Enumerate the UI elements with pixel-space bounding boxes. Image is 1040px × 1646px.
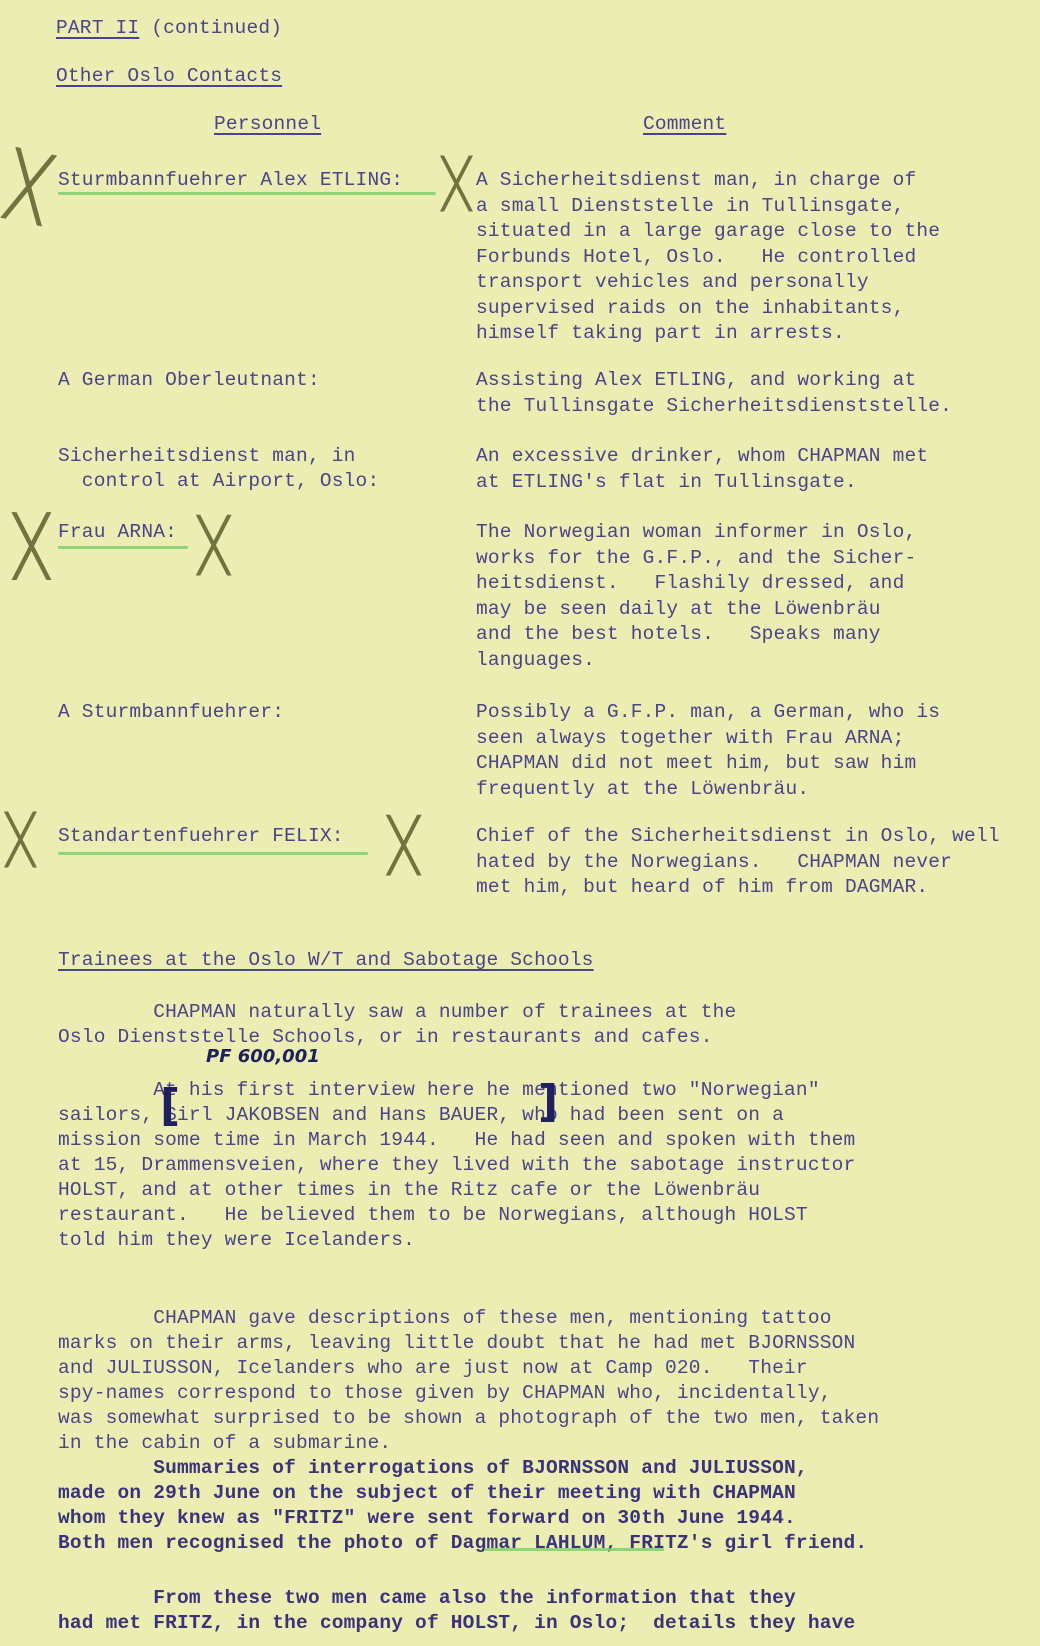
highlight-underline <box>58 852 368 855</box>
paragraph-line: spy-names correspond to those given by C… <box>58 1381 832 1406</box>
contact-name: Standartenfuehrer FELIX: <box>58 824 344 849</box>
paragraph-line: told him they were Icelanders. <box>58 1228 415 1253</box>
contact-comment-line: at ETLING's flat in Tullinsgate. <box>476 470 857 495</box>
section-title: Other Oslo Contacts <box>56 64 282 89</box>
trainees-title: Trainees at the Oslo W/T and Sabotage Sc… <box>58 948 594 973</box>
document-page: PART II (continued) Other Oslo Contacts … <box>0 0 1040 1646</box>
contact-comment-line: may be seen daily at the Löwenbräu <box>476 597 881 622</box>
part-suffix: (continued) <box>139 17 282 39</box>
pencil-tick-icon: ╳ <box>14 512 49 580</box>
contact-name: A Sturmbannfuehrer: <box>58 700 284 725</box>
contact-comment-line: Assisting Alex ETLING, and working at <box>476 368 916 393</box>
paragraph-line: Both men recognised the photo of Dagmar … <box>58 1531 867 1556</box>
paragraph-line: CHAPMAN naturally saw a number of traine… <box>58 1000 736 1025</box>
contact-comment-line: A Sicherheitsdienst man, in charge of <box>476 168 916 193</box>
paragraph-line: in the cabin of a submarine. <box>58 1431 391 1456</box>
paragraph-line: restaurant. He believed them to be Norwe… <box>58 1203 808 1228</box>
contact-comment-line: met him, but heard of him from DAGMAR. <box>476 875 928 900</box>
right-bracket-mark: ] <box>538 1076 558 1127</box>
contact-name: A German Oberleutnant: <box>58 368 320 393</box>
contact-comment-line: Chief of the Sicherheitsdienst in Oslo, … <box>476 824 1000 849</box>
pencil-tick-icon: ╳ <box>198 516 229 576</box>
pencil-tick-icon: ╳ <box>3 147 55 226</box>
contact-comment-line: seen always together with Frau ARNA; <box>476 726 904 751</box>
contact-comment-line: situated in a large garage close to the <box>476 219 940 244</box>
paragraph-line: had met FRITZ, in the company of HOLST, … <box>58 1611 855 1636</box>
paragraph-line: at 15, Drammensveien, where they lived w… <box>58 1153 855 1178</box>
contact-comment-line: The Norwegian woman informer in Oslo, <box>476 520 916 545</box>
paragraph-line: made on 29th June on the subject of thei… <box>58 1481 796 1506</box>
highlight-underline <box>58 546 188 549</box>
contact-comment-line: a small Dienststelle in Tullinsgate, <box>476 194 904 219</box>
contact-comment-line: works for the G.F.P., and the Sicher- <box>476 546 916 571</box>
paragraph-line: Oslo Dienststelle Schools, or in restaur… <box>58 1025 713 1050</box>
paragraph-line: From these two men came also the informa… <box>58 1586 796 1611</box>
paragraph-line: CHAPMAN gave descriptions of these men, … <box>58 1306 832 1331</box>
paragraph-line: whom they knew as "FRITZ" were sent forw… <box>58 1506 796 1531</box>
contact-comment-line: heitsdienst. Flashily dressed, and <box>476 571 904 596</box>
part-label: PART II <box>56 17 139 39</box>
contact-comment-line: the Tullinsgate Sicherheitsdienststelle. <box>476 394 952 419</box>
contact-name: Sturmbannfuehrer Alex ETLING: <box>58 168 403 193</box>
contact-name: Frau ARNA: <box>58 520 177 545</box>
column-header-comment: Comment <box>643 112 726 137</box>
pencil-tick-icon: ╳ <box>388 816 419 876</box>
contact-comment-line: and the best hotels. Speaks many <box>476 622 881 647</box>
paragraph-line: and JULIUSSON, Icelanders who are just n… <box>58 1356 808 1381</box>
contact-name: Sicherheitsdienst man, in <box>58 444 356 469</box>
contact-comment-line: hated by the Norwegians. CHAPMAN never <box>476 850 952 875</box>
paragraph-line: Summaries of interrogations of BJORNSSON… <box>58 1456 808 1481</box>
contact-comment-line: Forbunds Hotel, Oslo. He controlled <box>476 245 916 270</box>
highlight-underline <box>58 192 436 195</box>
paragraph-line: mission some time in March 1944. He had … <box>58 1128 855 1153</box>
highlight-underline <box>484 1548 664 1551</box>
contact-comment-line: transport vehicles and personally <box>476 270 869 295</box>
contact-comment-line: supervised raids on the inhabitants, <box>476 296 904 321</box>
contact-comment-line: Possibly a G.F.P. man, a German, who is <box>476 700 940 725</box>
contact-comment-line: An excessive drinker, whom CHAPMAN met <box>476 444 928 469</box>
contact-comment-line: languages. <box>476 648 595 673</box>
contact-comment-line: himself taking part in arrests. <box>476 321 845 346</box>
contact-comment-line: frequently at the Löwenbräu. <box>476 777 809 802</box>
left-bracket-mark: [ <box>160 1080 180 1131</box>
contact-name: control at Airport, Oslo: <box>58 469 379 494</box>
column-header-personnel: Personnel <box>214 112 321 137</box>
paragraph-line: was somewhat surprised to be shown a pho… <box>58 1406 879 1431</box>
pencil-tick-icon: ╳ <box>6 812 35 868</box>
part-heading: PART II (continued) <box>56 16 282 41</box>
pencil-tick-icon: ╳ <box>442 156 471 212</box>
contact-comment-line: CHAPMAN did not meet him, but saw him <box>476 751 916 776</box>
paragraph-line: marks on their arms, leaving little doub… <box>58 1331 855 1356</box>
paragraph-line: HOLST, and at other times in the Ritz ca… <box>58 1178 760 1203</box>
